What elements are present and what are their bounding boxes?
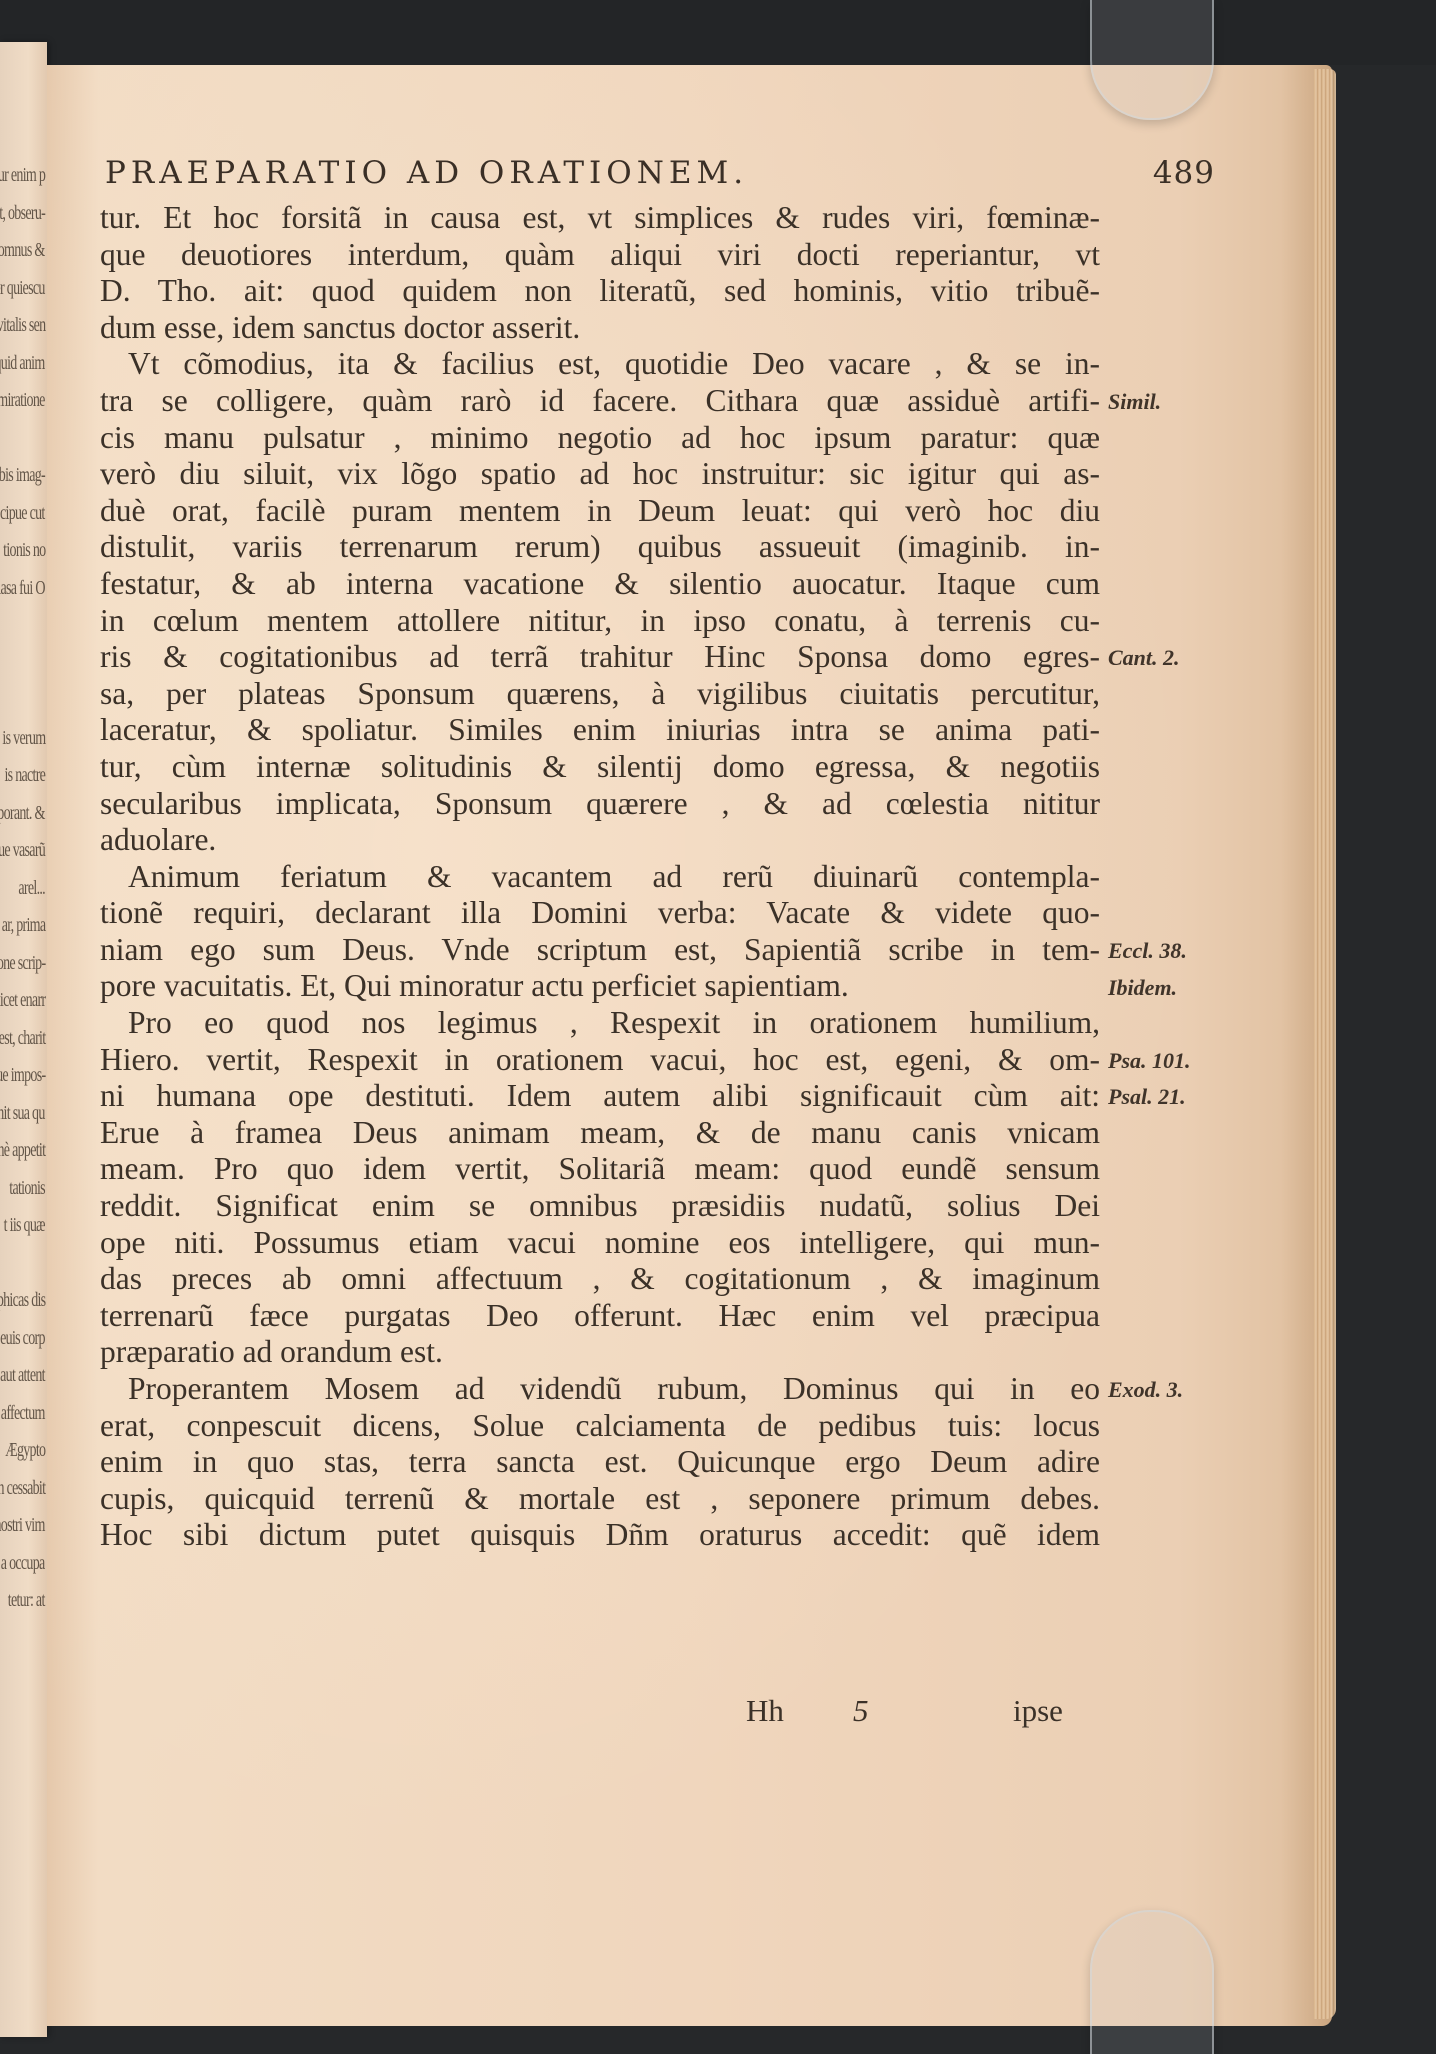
text-line: meam. Pro quo idem vertit, Solitariã mea… xyxy=(100,1151,1100,1188)
scanner-background xyxy=(0,0,1436,65)
facing-page-text-fragment: miratione xyxy=(0,382,45,420)
facing-page-text-fragment: a somnus & xyxy=(0,232,45,270)
facing-page-text-fragment: tur enim p xyxy=(0,157,45,195)
text-line: secularibus implicata, Sponsum quærere ,… xyxy=(100,786,1100,823)
margin-note: Cant. 2. xyxy=(1108,645,1180,671)
text-line: enim in quo stas, terra sancta est. Quic… xyxy=(100,1444,1100,1481)
facing-page-text-fragment: ar, prima xyxy=(1,907,45,945)
text-line: ope niti. Possumus etiam vacui nomine eo… xyxy=(100,1225,1100,1262)
catchword: ipse xyxy=(1013,1693,1063,1729)
facing-page-edge: tur enim ppit, obseru-a somnus &uer quie… xyxy=(0,42,47,2037)
facing-page-text-fragment: porant. & xyxy=(0,795,45,833)
body-text: tur. Et hoc forsitã in causa est, vt sim… xyxy=(100,200,1100,1554)
text-line: Vt cõmodius, ita & facilius est, quotidi… xyxy=(100,346,1100,383)
text-line: terrenarũ fæce purgatas Deo offerunt. Hæ… xyxy=(100,1298,1100,1335)
text-line: Properantem Mosem ad videndũ rubum, Domi… xyxy=(100,1371,1100,1408)
text-line: præparatio ad orandum est. xyxy=(100,1334,1100,1371)
page-number: 489 xyxy=(1153,155,1215,191)
facing-page-text-fragment: nè appetit xyxy=(0,1132,45,1170)
facing-page-text-fragment: uer quiescu xyxy=(0,270,45,308)
text-line: D. Tho. ait: quod quidem non literatũ, s… xyxy=(100,273,1100,310)
text-line: ris & cogitationibus ad terrã trahitur H… xyxy=(100,639,1100,676)
text-line: Erue à framea Deus animam meam, & de man… xyxy=(100,1115,1100,1152)
page-clip-bottom xyxy=(1090,1910,1214,2054)
signature-number: 5 xyxy=(853,1693,869,1729)
facing-page-text-fragment: k affectum xyxy=(0,1395,45,1433)
facing-page-text-fragment: fisque impos- xyxy=(0,1057,45,1095)
text-line: verò diu siluit, vix lõgo spatio ad hoc … xyxy=(100,456,1100,493)
facing-page-text-fragment: tetur: at xyxy=(8,1582,45,1620)
running-header: PRAEPARATIO AD ORATIONEM. 489 xyxy=(105,155,1215,195)
facing-page-text-fragment: lasa fui O xyxy=(0,570,45,608)
facing-page-text-fragment: t iis quæ xyxy=(4,1207,45,1245)
text-line: Hiero. vertit, Respexit in orationem vac… xyxy=(100,1042,1100,1079)
text-line: tur, cùm internæ solitudinis & silentij … xyxy=(100,749,1100,786)
signature-mark: Hh xyxy=(746,1693,784,1729)
text-line: ni humana ope destituti. Idem autem alib… xyxy=(100,1078,1100,1115)
margin-note: Psa. 101. xyxy=(1108,1048,1191,1074)
text-line: tionẽ requiri, declarant illa Domini ver… xyxy=(100,895,1100,932)
facing-page-text-fragment: ubis imag- xyxy=(0,457,45,495)
margin-note: Eccl. 38. xyxy=(1108,938,1187,964)
facing-page-text-fragment: delicet enarr xyxy=(0,982,45,1020)
text-line: cis manu pulsatur , minimo negotio ad ho… xyxy=(100,420,1100,457)
page-clip-top xyxy=(1090,0,1214,120)
text-line: aduolare. xyxy=(100,822,1100,859)
margin-note: Ibidem. xyxy=(1108,975,1177,1001)
text-line: Hoc sibi dictum putet quisquis Dñm oratu… xyxy=(100,1517,1100,1554)
facing-page-text-fragment: e cipue cut xyxy=(0,495,45,533)
text-line: Pro eo quod nos legimus , Respexit in or… xyxy=(100,1005,1100,1042)
facing-page-text-fragment: is verum xyxy=(2,720,45,758)
page-fore-edge xyxy=(1314,69,1336,2019)
facing-page-text-fragment: n cessabit xyxy=(0,1470,45,1508)
facing-page-text-fragment: euis corp xyxy=(0,1320,45,1358)
facing-page-text-fragment: arel... xyxy=(18,870,45,908)
margin-note: Exod. 3. xyxy=(1108,1377,1183,1403)
facing-page-text-fragment: c vitalis sen xyxy=(0,307,45,345)
text-line: tur. Et hoc forsitã in causa est, vt sim… xyxy=(100,200,1100,237)
running-title: PRAEPARATIO AD ORATIONEM. xyxy=(105,155,748,191)
text-line: laceratur, & spoliatur. Similes enim ini… xyxy=(100,712,1100,749)
facing-page-text-fragment: nostri vim xyxy=(0,1507,45,1545)
margin-note: Simil. xyxy=(1108,389,1161,415)
text-line: reddit. Significat enim se omnibus præsi… xyxy=(100,1188,1100,1225)
facing-page-text-fragment: phicas dis xyxy=(0,1282,45,1320)
text-line: que deuotiores interdum, quàm aliqui vir… xyxy=(100,237,1100,274)
facing-page-text-fragment: is nactre xyxy=(4,757,45,795)
text-line: dum esse, idem sanctus doctor asserit. xyxy=(100,310,1100,347)
facing-page-text-fragment: que vasarũ xyxy=(0,832,45,870)
facing-page-text-fragment: a occupa xyxy=(1,1545,45,1583)
text-line: sa, per plateas Sponsum quærens, à vigil… xyxy=(100,676,1100,713)
text-line: festatur, & ab interna vacatione & silen… xyxy=(100,566,1100,603)
facing-page-text-fragment: nsa est, charit xyxy=(0,1020,45,1058)
text-line: distulit, variis terrenarum rerum) quibu… xyxy=(100,529,1100,566)
text-line: duè orat, facilè puram mentem in Deum le… xyxy=(100,493,1100,530)
facing-page-text-fragment: tationis xyxy=(9,1170,45,1208)
facing-page-text-fragment: quid anim xyxy=(0,345,45,383)
facing-page-text-fragment: ahit sua qu xyxy=(0,1095,45,1133)
text-line: in cœlum mentem attollere nititur, in ip… xyxy=(100,603,1100,640)
facing-page-text-fragment: pit, obseru- xyxy=(0,195,45,233)
text-line: Animum feriatum & vacantem ad rerũ diuin… xyxy=(100,859,1100,896)
facing-page-text-fragment: atione scrip- xyxy=(0,945,45,983)
facing-page-text-fragment: aut attent xyxy=(0,1357,45,1395)
facing-page-text-fragment: Ægypto xyxy=(5,1432,45,1470)
text-line: tra se colligere, quàm rarò id facere. C… xyxy=(100,383,1100,420)
margin-note: Psal. 21. xyxy=(1108,1084,1186,1110)
text-line: erat, conpescuit dicens, Solue calciamen… xyxy=(100,1408,1100,1445)
text-line: pore vacuitatis. Et, Qui minoratur actu … xyxy=(100,968,1100,1005)
facing-page-text-fragment: tionis no xyxy=(3,532,45,570)
text-line: cupis, quicquid terrenũ & mortale est , … xyxy=(100,1481,1100,1518)
text-line: das preces ab omni affectuum , & cogitat… xyxy=(100,1261,1100,1298)
text-line: niam ego sum Deus. Vnde scriptum est, Sa… xyxy=(100,932,1100,969)
